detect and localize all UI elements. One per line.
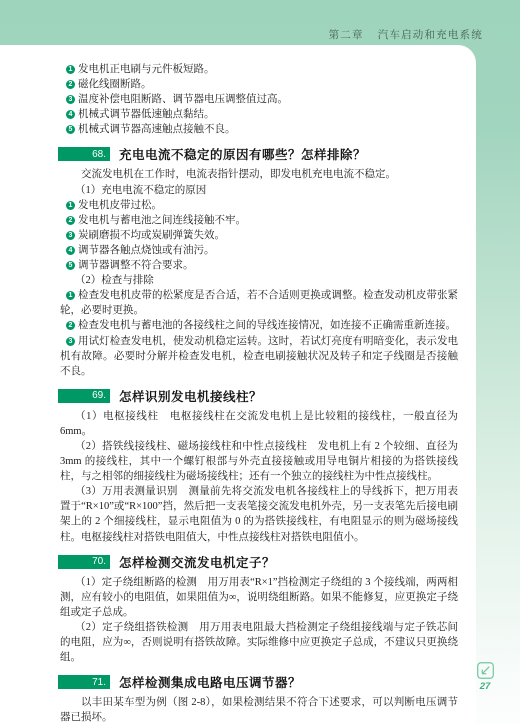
item-number-badge: 2	[66, 321, 75, 330]
item-number-badge: 5	[66, 125, 75, 134]
arrow-down-left-icon	[476, 661, 495, 680]
paragraph: 1检查发电机皮带的松紧度是否合适，若不合适则更换或调整。检查发动机皮带张紧轮，必…	[60, 288, 458, 318]
paragraph: （2）定子绕组搭铁检测 用万用表电阻最大挡检测定子绕组接线端与定子铁芯间的电阻，…	[60, 620, 458, 665]
paragraph: 3炭刷磨损不均或炭刷弹簧失效。	[60, 228, 458, 243]
paragraph: （1）电枢接线柱 电枢接线柱在交流发电机上是比较粗的接线柱，一般直径为 6mm。	[60, 409, 458, 439]
paragraph: （1）充电电流不稳定的原因	[60, 183, 458, 198]
section-number-badge: 70.	[58, 555, 110, 569]
item-number-badge: 2	[66, 80, 75, 89]
chapter-label: 第二章	[329, 29, 364, 41]
item-number-badge: 1	[66, 201, 75, 210]
paragraph: 1发电机正电刷与元件板短路。	[60, 62, 458, 77]
section-title: 充电电流不稳定的原因有哪些？怎样排除？	[119, 145, 366, 163]
section-title: 怎样检测交流发电机定子？	[119, 553, 275, 571]
running-head: 第二章汽车启动和充电系统	[329, 27, 483, 42]
paragraph: （3）万用表测量识别 测量前先将交流发电机各接线柱上的导线拆下，把万用表置于“R…	[60, 484, 458, 544]
page-content-card: 1发电机正电刷与元件板短路。2磁化线圈断路。3温度补偿电阻断路、调节器电压调整值…	[0, 45, 476, 724]
paragraph: （2）搭铁线接线柱、磁场接线柱和中性点接线柱 发电机上有 2 个较细、直径为 3…	[60, 439, 458, 484]
item-number-badge: 1	[66, 65, 75, 74]
item-number-badge: 1	[66, 291, 75, 300]
item-number-badge: 5	[66, 261, 75, 270]
item-number-badge: 3	[66, 231, 75, 240]
paragraph: 以丰田某车型为例（图 2-8），如果检测结果不符合下述要求，可以判断电压调节器已…	[60, 695, 458, 724]
paragraph: 2检查发电机与蓄电池的各接线柱之间的导线连接情况，如连接不正确需重新连接。	[60, 318, 458, 333]
paragraph: 1发电机皮带过松。	[60, 198, 458, 213]
section-header: 68.充电电流不稳定的原因有哪些？怎样排除？	[58, 146, 458, 162]
section-header: 70.怎样检测交流发电机定子？	[58, 554, 458, 570]
section: 68.充电电流不稳定的原因有哪些？怎样排除？交流发电机在工作时，电流表指针摆动，…	[60, 146, 458, 378]
intro-list: 1发电机正电刷与元件板短路。2磁化线圈断路。3温度补偿电阻断路、调节器电压调整值…	[60, 62, 458, 137]
section-title: 怎样识别发电机接线柱？	[119, 387, 262, 405]
item-number-badge: 3	[66, 95, 75, 104]
section-header: 71.怎样检测集成电路电压调节器？	[58, 674, 458, 690]
section-header: 69.怎样识别发电机接线柱？	[58, 388, 458, 404]
section: 71.怎样检测集成电路电压调节器？以丰田某车型为例（图 2-8），如果检测结果不…	[60, 674, 458, 724]
paragraph: 3温度补偿电阻断路、调节器电压调整值过高。	[60, 92, 458, 107]
chapter-title: 汽车启动和充电系统	[378, 29, 483, 41]
section-number-badge: 69.	[58, 389, 110, 403]
paragraph: 2磁化线圈断路。	[60, 77, 458, 92]
section: 69.怎样识别发电机接线柱？（1）电枢接线柱 电枢接线柱在交流发电机上是比较粗的…	[60, 388, 458, 545]
paragraph: 5调节器调整不符合要求。	[60, 258, 458, 273]
item-number-badge: 4	[66, 246, 75, 255]
paragraph: 5机械式调节器高速触点接触不良。	[60, 122, 458, 137]
paragraph: 4机械式调节器低速触点黏结。	[60, 107, 458, 122]
section-number-badge: 68.	[58, 147, 110, 161]
paragraph: 4调节器各触点烧蚀或有油污。	[60, 243, 458, 258]
paragraph: 3用试灯检查发电机，使发动机稳定运转。这时，若试灯亮度有明暗变化，表示发电机有故…	[60, 334, 458, 379]
book-page: { "header": { "chapter": "第二章", "book_ti…	[0, 0, 520, 724]
item-number-badge: 4	[66, 110, 75, 119]
paragraph: （2）检查与排除	[60, 273, 458, 288]
paragraph: 2发电机与蓄电池之间连线接触不牢。	[60, 213, 458, 228]
paragraph: 交流发电机在工作时，电流表指针摆动，即发电机充电电流不稳定。	[60, 167, 458, 182]
section: 70.怎样检测交流发电机定子？（1）定子绕组断路的检测 用万用表“R×1”挡检测…	[60, 554, 458, 666]
page-number: 27	[473, 681, 497, 692]
section-number-badge: 71.	[58, 675, 110, 689]
item-number-badge: 3	[66, 337, 75, 346]
sections-container: 68.充电电流不稳定的原因有哪些？怎样排除？交流发电机在工作时，电流表指针摆动，…	[60, 146, 458, 724]
section-title: 怎样检测集成电路电压调节器？	[119, 673, 301, 691]
item-number-badge: 2	[66, 216, 75, 225]
paragraph: （1）定子绕组断路的检测 用万用表“R×1”挡检测定子绕组的 3 个接线端，两两…	[60, 575, 458, 620]
page-footer: 27	[473, 661, 497, 692]
